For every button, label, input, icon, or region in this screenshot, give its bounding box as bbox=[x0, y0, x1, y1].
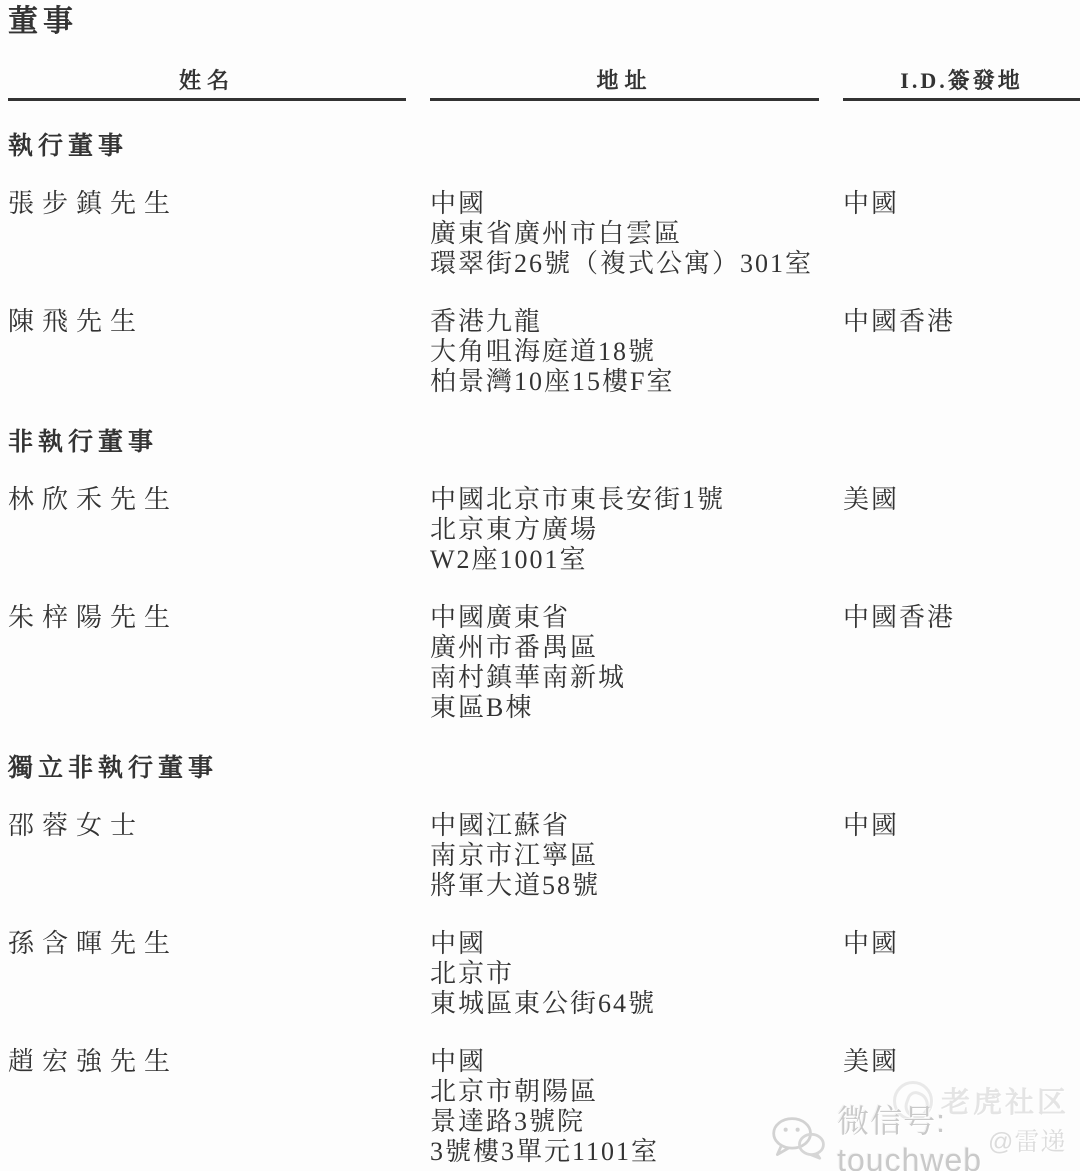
table-row: 林欣禾先生 中國北京市東長安街1號 北京東方廣場 W2座1001室 美國 bbox=[0, 485, 1080, 575]
director-address: 中國江蘇省 南京市江寧區 將軍大道58號 bbox=[430, 811, 819, 901]
address-line: 廣州市番禺區 bbox=[430, 633, 819, 663]
address-line: 東區B棟 bbox=[430, 693, 819, 723]
id-issue-place: 中國 bbox=[843, 189, 1080, 279]
address-line: 3號樓3單元1101室 bbox=[430, 1137, 819, 1167]
table-row: 孫含暉先生 中國 北京市 東城區東公街64號 中國 bbox=[0, 929, 1080, 1019]
address-line: 東城區東公街64號 bbox=[430, 989, 819, 1019]
address-line: 廣東省廣州市白雲區 bbox=[430, 219, 819, 249]
id-issue-place: 美國 bbox=[843, 1047, 1080, 1167]
column-header-id-issue-place: I.D.簽發地 bbox=[843, 70, 1080, 101]
table-row: 趙宏強先生 中國 北京市朝陽區 景達路3號院 3號樓3單元1101室 美國 bbox=[0, 1047, 1080, 1167]
address-line: 將軍大道58號 bbox=[430, 871, 819, 901]
director-address: 中國 廣東省廣州市白雲區 環翠街26號（複式公寓）301室 bbox=[430, 189, 819, 279]
director-name: 朱梓陽先生 bbox=[8, 603, 406, 723]
table-row: 陳飛先生 香港九龍 大角咀海庭道18號 柏景灣10座15樓F室 中國香港 bbox=[0, 307, 1080, 397]
director-name: 林欣禾先生 bbox=[8, 485, 406, 575]
column-header-address: 地址 bbox=[430, 70, 819, 101]
address-line: 南村鎮華南新城 bbox=[430, 663, 819, 693]
address-line: 中國北京市東長安街1號 bbox=[430, 485, 819, 515]
address-line: 中國 bbox=[430, 189, 819, 219]
director-name: 孫含暉先生 bbox=[8, 929, 406, 1019]
address-line: 北京東方廣場 bbox=[430, 515, 819, 545]
table-row: 朱梓陽先生 中國廣東省 廣州市番禺區 南村鎮華南新城 東區B棟 中國香港 bbox=[0, 603, 1080, 723]
id-issue-place: 美國 bbox=[843, 485, 1080, 575]
address-line: 景達路3號院 bbox=[430, 1107, 819, 1137]
address-line: 中國 bbox=[430, 929, 819, 959]
address-line: 中國江蘇省 bbox=[430, 811, 819, 841]
director-name: 陳飛先生 bbox=[8, 307, 406, 397]
address-line: 中國廣東省 bbox=[430, 603, 819, 633]
director-address: 中國北京市東長安街1號 北京東方廣場 W2座1001室 bbox=[430, 485, 819, 575]
address-line: W2座1001室 bbox=[430, 545, 819, 575]
column-header-name: 姓名 bbox=[8, 70, 406, 101]
section-heading-independent-non-executive-directors: 獨立非執行董事 bbox=[8, 755, 1080, 783]
director-address: 中國廣東省 廣州市番禺區 南村鎮華南新城 東區B棟 bbox=[430, 603, 819, 723]
address-line: 香港九龍 bbox=[430, 307, 819, 337]
address-line: 柏景灣10座15樓F室 bbox=[430, 367, 819, 397]
table-row: 張步鎮先生 中國 廣東省廣州市白雲區 環翠街26號（複式公寓）301室 中國 bbox=[0, 189, 1080, 279]
address-line: 環翠街26號（複式公寓）301室 bbox=[430, 249, 819, 279]
address-line: 北京市 bbox=[430, 959, 819, 989]
section-heading-executive-directors: 執行董事 bbox=[8, 133, 1080, 161]
table-header-row: 姓名 地址 I.D.簽發地 bbox=[0, 70, 1080, 101]
address-line: 大角咀海庭道18號 bbox=[430, 337, 819, 367]
id-issue-place: 中國 bbox=[843, 929, 1080, 1019]
page-title: 董事 bbox=[8, 6, 1080, 38]
address-line: 北京市朝陽區 bbox=[430, 1077, 819, 1107]
id-issue-place: 中國香港 bbox=[843, 307, 1080, 397]
id-issue-place: 中國 bbox=[843, 811, 1080, 901]
id-issue-place: 中國香港 bbox=[843, 603, 1080, 723]
director-name: 張步鎮先生 bbox=[8, 189, 406, 279]
director-address: 中國 北京市朝陽區 景達路3號院 3號樓3單元1101室 bbox=[430, 1047, 819, 1167]
director-name: 趙宏強先生 bbox=[8, 1047, 406, 1167]
section-heading-non-executive-directors: 非執行董事 bbox=[8, 429, 1080, 457]
table-row: 邵蓉女士 中國江蘇省 南京市江寧區 將軍大道58號 中國 bbox=[0, 811, 1080, 901]
address-line: 南京市江寧區 bbox=[430, 841, 819, 871]
director-name: 邵蓉女士 bbox=[8, 811, 406, 901]
director-address: 香港九龍 大角咀海庭道18號 柏景灣10座15樓F室 bbox=[430, 307, 819, 397]
document-page: 董事 姓名 地址 I.D.簽發地 執行董事 張步鎮先生 中國 廣東省廣州市白雲區… bbox=[0, 0, 1080, 1171]
director-address: 中國 北京市 東城區東公街64號 bbox=[430, 929, 819, 1019]
address-line: 中國 bbox=[430, 1047, 819, 1077]
